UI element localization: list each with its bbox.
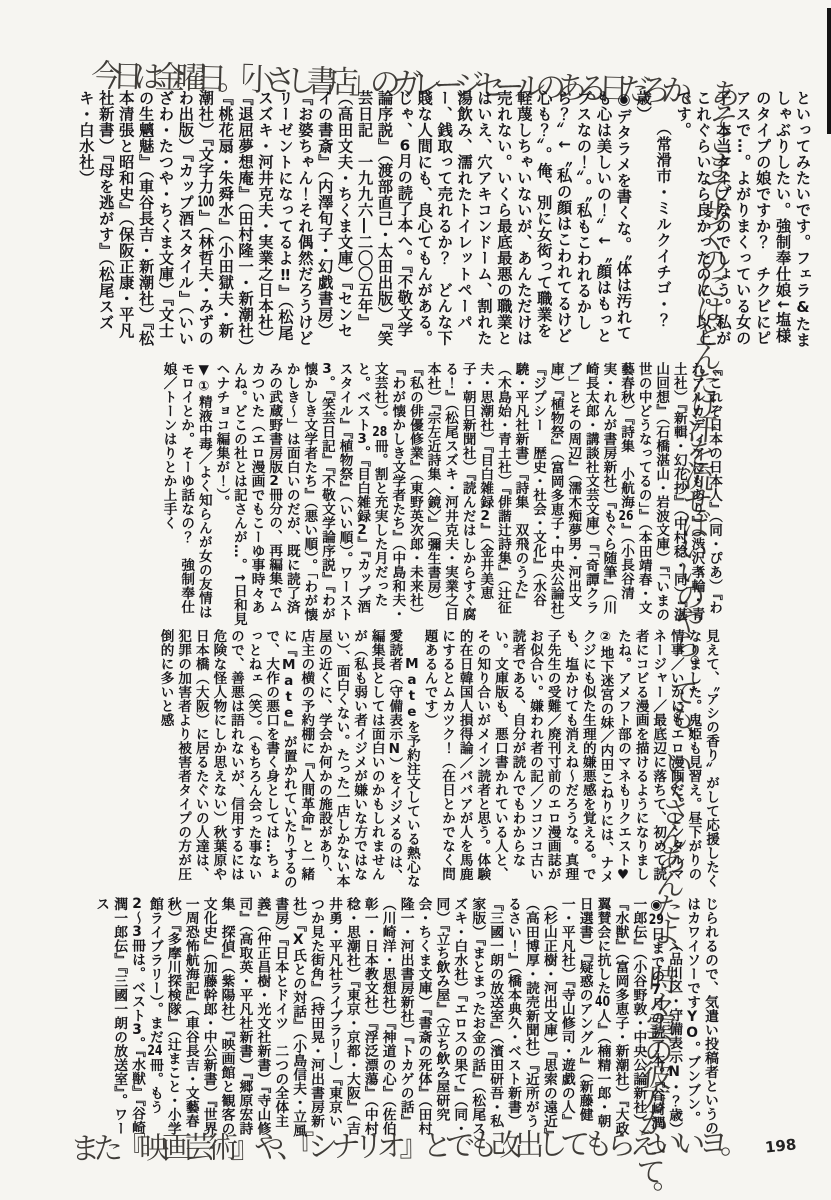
text-band-3: 見えて、〝アシの香り〟がして応援したくなりました。鬼姫も見習え。昼下がりの情事／… xyxy=(77,629,719,893)
text-band-1: といってみたいです。フェラ&たましゃぶりしたい。強制奉仕娘↓塩様のタイプの娘です… xyxy=(70,90,812,348)
paragraph: 見えて、〝アシの香り〟がして応援したくなりました。鬼姫も見習え。昼下がりの情事／… xyxy=(420,629,719,893)
page-number: 198 xyxy=(764,1135,797,1156)
editor-reply: ◉デタラメを書くな。〝体は汚れても心は美しいの！〟↓〝顔はもっとブスなの！〟。〝… xyxy=(75,90,632,348)
scan-edge-artifact xyxy=(827,8,831,134)
text-band-2: 『これぞ日本の日本人』（同・ぴあ）『われアルカディアにもあり』（渋沢孝輪・青土社… xyxy=(80,362,722,626)
sender-credit: （品川区・守備表示N・？歳） xyxy=(664,897,682,1141)
paragraph: といってみたいです。フェラ&たましゃぶりしたい。強制奉仕娘↓塩様のタイプの娘です… xyxy=(673,90,812,348)
paragraph: じられるので、気遣い投稿者というのはカワイソーですYO。ブンブン。 xyxy=(682,897,718,1141)
text-band-4: じられるので、気遣い投稿者というのはカワイソーですYO。ブンブン。 （品川区・守… xyxy=(84,897,718,1141)
paragraph: Mateを予約注文している熱心な愛読者（守備表示N）をイジメるのは、編集長として… xyxy=(156,629,420,893)
book-list: ◉29日までの7月の読了本。『谷崎潤一郎伝』（小谷野敦・中央公論新社）『水獣』（… xyxy=(91,897,664,1141)
scanned-magazine-page: 今日は金曜日。「小さし書店」のガレージセールのある日だろか、 あそこまで歩くのに… xyxy=(0,0,831,1200)
paragraph: ▼①精液中毒／よく知らんが女の友情はモロイとか。そーゆ話なの？ 強制奉仕娘／トー… xyxy=(159,362,212,626)
sender-credit: （常滑市・ミルクイチゴ・？歳） xyxy=(633,90,673,348)
book-list: 『これぞ日本の日本人』（同・ぴあ）『われアルカディアにもあり』（渋沢孝輪・青土社… xyxy=(212,362,722,626)
